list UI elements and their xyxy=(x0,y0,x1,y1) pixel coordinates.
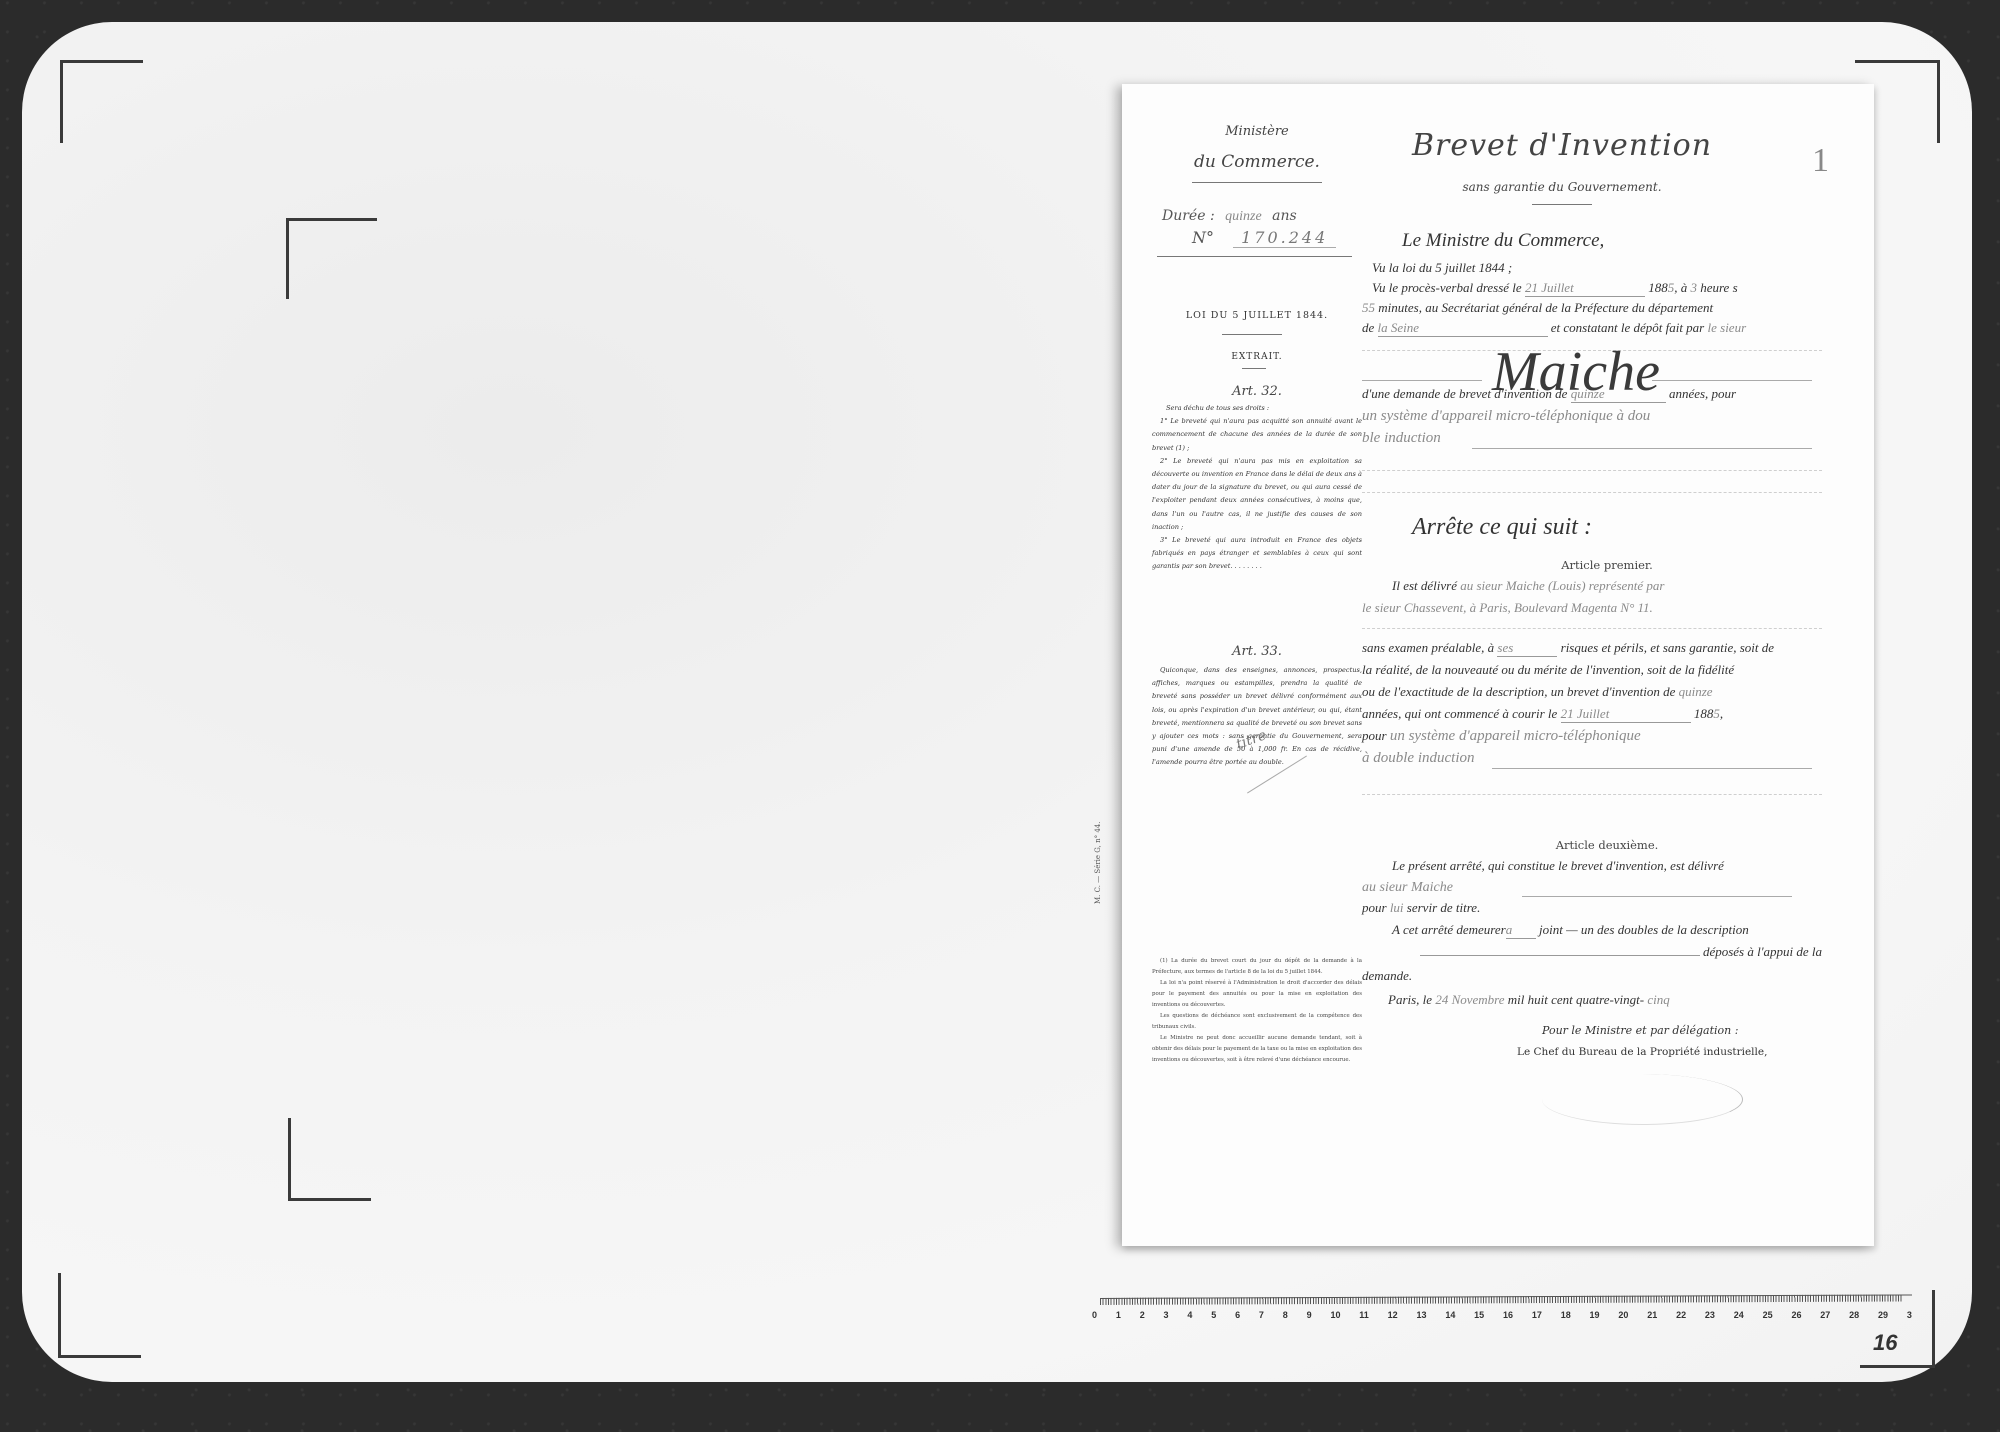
text: et constatant le dépôt fait par xyxy=(1551,320,1704,335)
ruler-label: 3 xyxy=(1164,1310,1169,1320)
ruler-label: 15 xyxy=(1474,1310,1484,1320)
ruler-label: 25 xyxy=(1763,1310,1773,1320)
pv-date: 21 Juillet xyxy=(1525,280,1645,297)
text: Vu le procès-verbal dressé le xyxy=(1372,280,1522,295)
ornament-divider xyxy=(1192,182,1322,183)
plate-number: 16 xyxy=(1873,1330,1897,1356)
ruler-label: 12 xyxy=(1388,1310,1398,1320)
article-32-intro: Sera déchu de tous ses droits : xyxy=(1152,402,1362,415)
footnote: Les questions de déchéance sont exclusiv… xyxy=(1152,1011,1362,1033)
ruler-label: 10 xyxy=(1330,1310,1340,1320)
law-heading: LOI DU 5 JUILLET 1844. xyxy=(1152,310,1362,321)
grant-duration: quinze xyxy=(1679,684,1713,699)
text: années, qui ont commencé à courir le xyxy=(1362,706,1557,721)
issue-year-word: cinq xyxy=(1647,992,1669,1007)
rule xyxy=(1492,768,1812,769)
article-2-heading: Article deuxième. xyxy=(1362,838,1852,852)
grantee: au sieur Maiche (Louis) représenté par xyxy=(1460,578,1664,593)
ruler-label: 3 xyxy=(1907,1310,1912,1320)
footnote: La loi n'a point réservé à l'Administrat… xyxy=(1152,978,1362,1011)
footnote: Le Ministre ne peut donc accueillir aucu… xyxy=(1152,1033,1362,1066)
rule xyxy=(1362,794,1822,795)
text: 188 xyxy=(1648,280,1668,295)
ruler-label: 23 xyxy=(1705,1310,1715,1320)
start-year-digit: 5 xyxy=(1713,706,1720,721)
ruler-label: 6 xyxy=(1235,1310,1240,1320)
ruler-label: 11 xyxy=(1359,1310,1369,1320)
article-32-item: 1° Le breveté qui n'aura pas acquitté so… xyxy=(1152,415,1362,455)
art2-line1: Le présent arrêté, qui constitue le brev… xyxy=(1392,858,1882,874)
risks-owner: ses xyxy=(1497,640,1557,657)
ruler-label: 4 xyxy=(1187,1310,1192,1320)
document-title: Brevet d'Invention xyxy=(1362,128,1762,163)
rule xyxy=(1362,470,1822,471)
art1-body-2: la réalité, de la nouveauté ou du mérite… xyxy=(1362,662,1852,678)
article-33-text: Quiconque, dans des enseignes, annonces,… xyxy=(1152,664,1362,770)
ministry-line1: Ministère xyxy=(1152,124,1362,139)
depositor-title: le sieur xyxy=(1708,320,1747,335)
crop-mark-top-left xyxy=(60,60,143,143)
ruler-labels: 0 1 2 3 4 5 6 7 8 9 10 11 12 13 14 15 16… xyxy=(1092,1310,1912,1320)
divider xyxy=(1242,368,1266,369)
pv-hour: 3 xyxy=(1690,280,1697,295)
start-date: 21 Juillet xyxy=(1561,706,1691,723)
ruler-label: 29 xyxy=(1878,1310,1888,1320)
series-mark: M. C. — Série G, n° 44. xyxy=(1094,822,1102,904)
line-proces-verbal: Vu le procès-verbal dressé le 21 Juillet… xyxy=(1372,280,1862,297)
text: de xyxy=(1362,320,1374,335)
ruler-label: 14 xyxy=(1445,1310,1455,1320)
rule xyxy=(1522,896,1792,897)
rule xyxy=(1362,380,1482,381)
duration-field: Durée : quinze ans xyxy=(1162,208,1362,225)
text: Il est délivré xyxy=(1392,578,1457,593)
text: déposés à l'appui de la xyxy=(1703,944,1822,959)
crop-mark-bottom-left xyxy=(58,1273,141,1358)
folio-number: 1 xyxy=(1812,142,1829,180)
text: servir de titre. xyxy=(1407,900,1481,915)
footnote: (1) La durée du brevet court du jour du … xyxy=(1152,956,1362,978)
ruler-label: 7 xyxy=(1259,1310,1264,1320)
line-department: de la Seine et constatant le dépôt fait … xyxy=(1362,320,1852,337)
art1-line2: le sieur Chassevent, à Paris, Boulevard … xyxy=(1362,600,1852,616)
art1-body-3: ou de l'exactitude de la description, un… xyxy=(1362,684,1852,700)
footnotes: (1) La durée du brevet court du jour du … xyxy=(1152,956,1362,1066)
art2-line2: au sieur Maiche xyxy=(1362,880,1852,896)
ruler-label: 18 xyxy=(1561,1310,1571,1320)
ruler-label: 19 xyxy=(1590,1310,1600,1320)
text: joint xyxy=(1539,922,1563,937)
invention-title-line2: ble induction xyxy=(1362,430,1852,447)
invention-description: un système d'appareil micro-téléphonique xyxy=(1390,728,1641,744)
text: mil huit cent quatre-vingt- xyxy=(1508,992,1644,1007)
article-33-body: Quiconque, dans des enseignes, annonces,… xyxy=(1152,664,1362,770)
text: Paris, le xyxy=(1388,992,1432,1007)
text: , à xyxy=(1674,280,1687,295)
rule xyxy=(1652,380,1812,381)
article-32-title: Art. 32. xyxy=(1152,384,1362,399)
article-32-body: Sera déchu de tous ses droits : 1° Le br… xyxy=(1152,402,1362,574)
text: heure s xyxy=(1700,280,1737,295)
divider xyxy=(1157,256,1352,257)
text: pour xyxy=(1362,728,1387,743)
text: A cet arrêté demeurer xyxy=(1392,922,1506,937)
ruler-label: 26 xyxy=(1791,1310,1801,1320)
article-32-item: 2° Le breveté qui n'aura pas mis en expl… xyxy=(1152,455,1362,534)
art1-body-6: à double induction xyxy=(1362,750,1852,767)
text: minutes, au Secrétariat général de la Pr… xyxy=(1378,300,1713,315)
art2-line3: pour lui servir de titre. xyxy=(1362,900,1852,916)
line-vu-loi: Vu la loi du 5 juillet 1844 ; xyxy=(1372,260,1862,276)
issue-date-line: Paris, le 24 Novembre mil huit cent quat… xyxy=(1388,992,1878,1008)
department: la Seine xyxy=(1378,320,1548,337)
pv-minutes: 55 xyxy=(1362,300,1375,315)
invention-title-line1: un système d'appareil micro-téléphonique… xyxy=(1362,408,1852,425)
duration-unit: ans xyxy=(1272,208,1297,224)
plural-mark: a xyxy=(1506,922,1536,939)
art1-body-5: pour un système d'appareil micro-télépho… xyxy=(1362,728,1852,745)
art1-body-1: sans examen préalable, à ses risques et … xyxy=(1362,640,1852,657)
ruler-label: 17 xyxy=(1532,1310,1542,1320)
signature-line-2: Le Chef du Bureau de la Propriété indust… xyxy=(1517,1046,1767,1058)
minister-heading: Le Ministre du Commerce, xyxy=(1402,230,1892,252)
divider xyxy=(1222,334,1282,335)
ruler-label: 20 xyxy=(1618,1310,1628,1320)
art2-line6: demande. xyxy=(1362,968,1852,984)
art1-body-4: années, qui ont commencé à courir le 21 … xyxy=(1362,706,1852,723)
ruler-label: 5 xyxy=(1211,1310,1216,1320)
article-33-title: Art. 33. xyxy=(1152,644,1362,659)
ministry-line2: du Commerce. xyxy=(1152,152,1362,172)
ruler-label: 2 xyxy=(1140,1310,1145,1320)
issue-date: 24 Novembre xyxy=(1435,992,1504,1007)
blank-field xyxy=(1420,955,1700,956)
ruler-label: 24 xyxy=(1734,1310,1744,1320)
text: 188 xyxy=(1694,706,1714,721)
crop-mark-inner-bottom-left xyxy=(288,1118,371,1201)
art2-line5: déposés à l'appui de la xyxy=(1362,944,1822,960)
rule xyxy=(1362,628,1822,629)
ruler-label: 8 xyxy=(1283,1310,1288,1320)
rule xyxy=(1472,448,1812,449)
art1-line1: Il est délivré au sieur Maiche (Louis) r… xyxy=(1392,578,1882,594)
arrete-heading: Arrête ce qui suit : xyxy=(1412,514,1592,541)
text: pour xyxy=(1362,900,1387,915)
ruler-label: 28 xyxy=(1849,1310,1859,1320)
text: sans examen préalable, à xyxy=(1362,640,1494,655)
number-label: N° xyxy=(1192,228,1214,247)
rule xyxy=(1362,492,1822,493)
ruler-label: 22 xyxy=(1676,1310,1686,1320)
ruler-label: 27 xyxy=(1820,1310,1830,1320)
ruler-label: 13 xyxy=(1416,1310,1426,1320)
article-1-heading: Article premier. xyxy=(1362,558,1852,572)
crop-mark-inner-top-left xyxy=(286,218,377,299)
text: années, pour xyxy=(1669,386,1736,401)
duration-label: Durée : xyxy=(1162,208,1215,224)
ruler-label: 0 xyxy=(1092,1310,1097,1320)
line-demande: d'une demande de brevet d'invention de q… xyxy=(1362,386,1852,403)
signature-flourish xyxy=(1542,1074,1743,1125)
text: risques et périls, et sans garantie, soi… xyxy=(1561,640,1774,655)
ornament-divider xyxy=(1532,204,1592,205)
duration-value: quinze xyxy=(1225,209,1262,224)
line-minutes: 55 minutes, au Secrétariat général de la… xyxy=(1362,300,1852,316)
ruler-label: 1 xyxy=(1116,1310,1121,1320)
art2-line4: A cet arrêté demeurera joint — un des do… xyxy=(1392,922,1882,939)
ruler-label: 9 xyxy=(1307,1310,1312,1320)
text: d'une demande de brevet d'invention de xyxy=(1362,386,1567,401)
ruler-label: 21 xyxy=(1647,1310,1657,1320)
signature-line-1: Pour le Ministre et par délégation : xyxy=(1542,1024,1738,1037)
text: ou de l'exactitude de la description, un… xyxy=(1362,684,1675,699)
measurement-ruler: 0 1 2 3 4 5 6 7 8 9 10 11 12 13 14 15 16… xyxy=(1092,1288,1912,1328)
demand-duration: quinze xyxy=(1571,386,1666,403)
article-32-item: 3° Le breveté qui aura introduit en Fran… xyxy=(1152,534,1362,574)
patent-document: Ministère du Commerce. Durée : quinze an… xyxy=(1122,84,1874,1246)
patent-number: 170.244 xyxy=(1233,228,1336,248)
extract-heading: EXTRAIT. xyxy=(1152,352,1362,362)
text: un des doubles de la description xyxy=(1581,922,1749,937)
title-holder: lui xyxy=(1390,900,1404,915)
ruler-label: 16 xyxy=(1503,1310,1513,1320)
document-subtitle: sans garantie du Gouvernement. xyxy=(1362,180,1762,194)
patent-number-field: N° 170.244 xyxy=(1192,228,1336,247)
